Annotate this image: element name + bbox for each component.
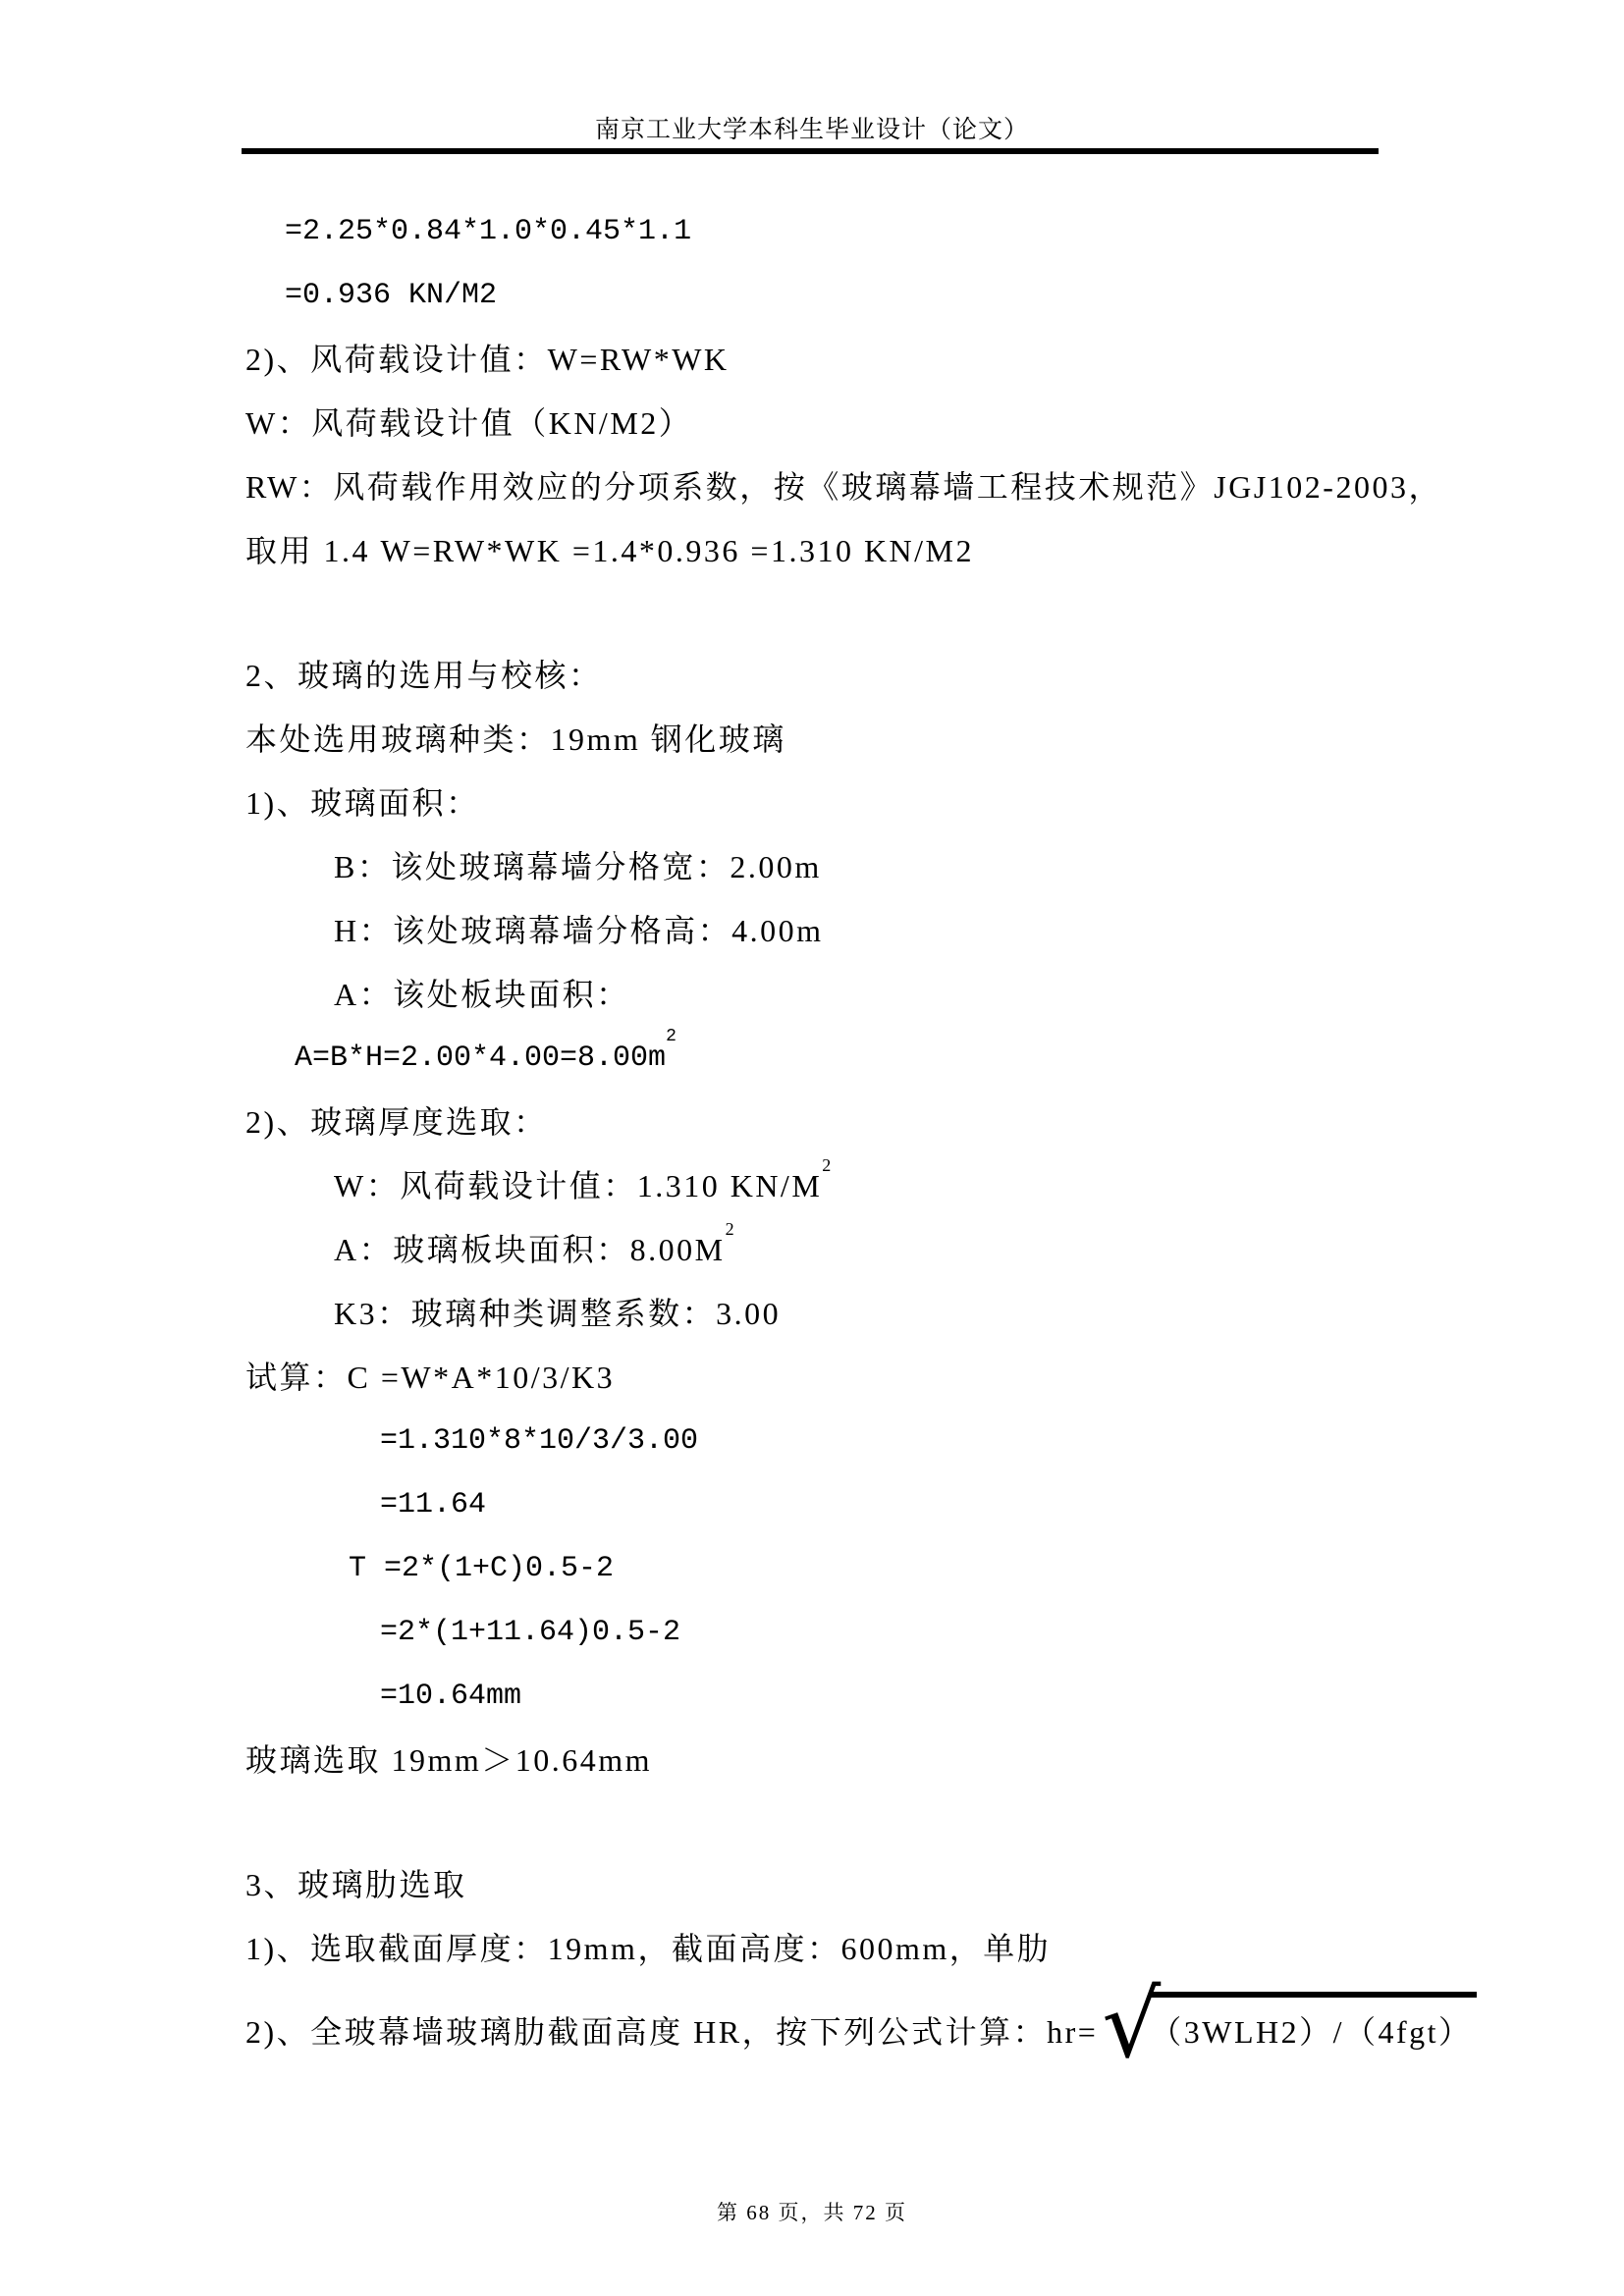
doc-line: =1.310*8*10/3/3.00 — [245, 1410, 1404, 1473]
document-page: 南京工业大学本科生毕业设计（论文） =2.25*0.84*1.0*0.45*1.… — [0, 0, 1624, 2296]
doc-line-formula: 2)、全玻幕墙玻璃肋截面高度 HR，按下列公式计算：hr=√（3WLH2）/（4… — [245, 1981, 1404, 2083]
blank-line — [245, 583, 1404, 644]
page-header-title: 南京工业大学本科生毕业设计（论文） — [0, 117, 1624, 144]
doc-line: K3：玻璃种类调整系数：3.00 — [245, 1282, 1404, 1346]
doc-line: T =2*(1+C)0.5-2 — [245, 1537, 1404, 1601]
doc-line: 玻璃选取 19mm＞10.64mm — [245, 1729, 1404, 1792]
doc-line: A：玻璃板块面积：8.00M2 — [245, 1218, 1404, 1282]
doc-line: 本处选用玻璃种类：19mm 钢化玻璃 — [245, 708, 1404, 772]
superscript: 2 — [726, 1219, 734, 1239]
doc-line: H：该处玻璃幕墙分格高：4.00m — [245, 899, 1404, 963]
formula-text: 2)、全玻幕墙玻璃肋截面高度 HR，按下列公式计算：hr= — [245, 2001, 1098, 2064]
doc-line: 1)、选取截面厚度：19mm，截面高度：600mm，单肋 — [245, 1917, 1404, 1981]
formula-text: A：玻璃板块面积：8.00M — [334, 1232, 726, 1267]
document-body: =2.25*0.84*1.0*0.45*1.1 =0.936 KN/M2 2)、… — [245, 200, 1404, 2083]
doc-line: 2)、玻璃厚度选取： — [245, 1091, 1404, 1154]
doc-line: 3、玻璃肋选取 — [245, 1853, 1404, 1917]
doc-line: 2、玻璃的选用与校核： — [245, 644, 1404, 708]
doc-line: A：该处板块面积： — [245, 963, 1404, 1027]
blank-line — [245, 1792, 1404, 1853]
doc-line: 1)、玻璃面积： — [245, 772, 1404, 835]
doc-line: RW：风荷载作用效应的分项系数，按《玻璃幕墙工程技术规范》JGJ102-2003… — [245, 455, 1404, 519]
doc-line: 2)、风荷载设计值：W=RW*WK — [245, 328, 1404, 392]
doc-line: =11.64 — [245, 1473, 1404, 1537]
header-rule — [242, 148, 1379, 154]
doc-line: =10.64mm — [245, 1665, 1404, 1729]
doc-line: =2*(1+11.64)0.5-2 — [245, 1601, 1404, 1665]
doc-line: W：风荷载设计值：1.310 KN/M2 — [245, 1154, 1404, 1218]
superscript: 2 — [666, 1027, 677, 1046]
doc-line: =2.25*0.84*1.0*0.45*1.1 — [245, 200, 1404, 264]
superscript: 2 — [822, 1155, 831, 1175]
doc-line: =0.936 KN/M2 — [245, 264, 1404, 328]
doc-line: W：风荷载设计值（KN/M2） — [245, 392, 1404, 455]
sqrt-radical: √（3WLH2）/（4fgt） — [1102, 1992, 1476, 2072]
doc-line: 取用 1.4 W=RW*WK =1.4*0.936 =1.310 KN/M2 — [245, 519, 1404, 583]
doc-line: B：该处玻璃幕墙分格宽：2.00m — [245, 835, 1404, 899]
doc-line: 试算：C =W*A*10/3/K3 — [245, 1346, 1404, 1410]
formula-text: W：风荷载设计值：1.310 KN/M — [334, 1168, 822, 1203]
radicand-text: （3WLH2）/（4fgt） — [1150, 1992, 1476, 2052]
formula-text: A=B*H=2.00*4.00=8.00m — [295, 1041, 666, 1075]
page-number: 第 68 页，共 72 页 — [0, 2197, 1624, 2226]
doc-line: A=B*H=2.00*4.00=8.00m2 — [245, 1027, 1404, 1091]
